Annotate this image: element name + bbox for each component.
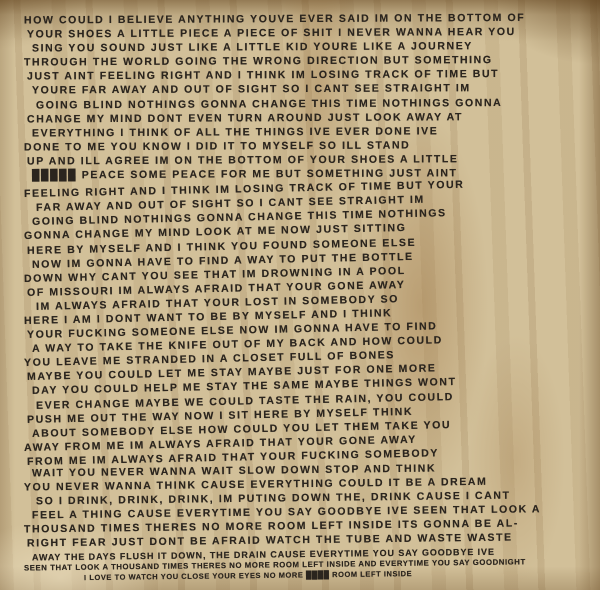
aged-paper-background: HOW COULD I BELIEVE ANYTHING YOUVE EVER … [0, 0, 600, 590]
handwritten-lyrics-block: HOW COULD I BELIEVE ANYTHING YOUVE EVER … [24, 12, 592, 588]
